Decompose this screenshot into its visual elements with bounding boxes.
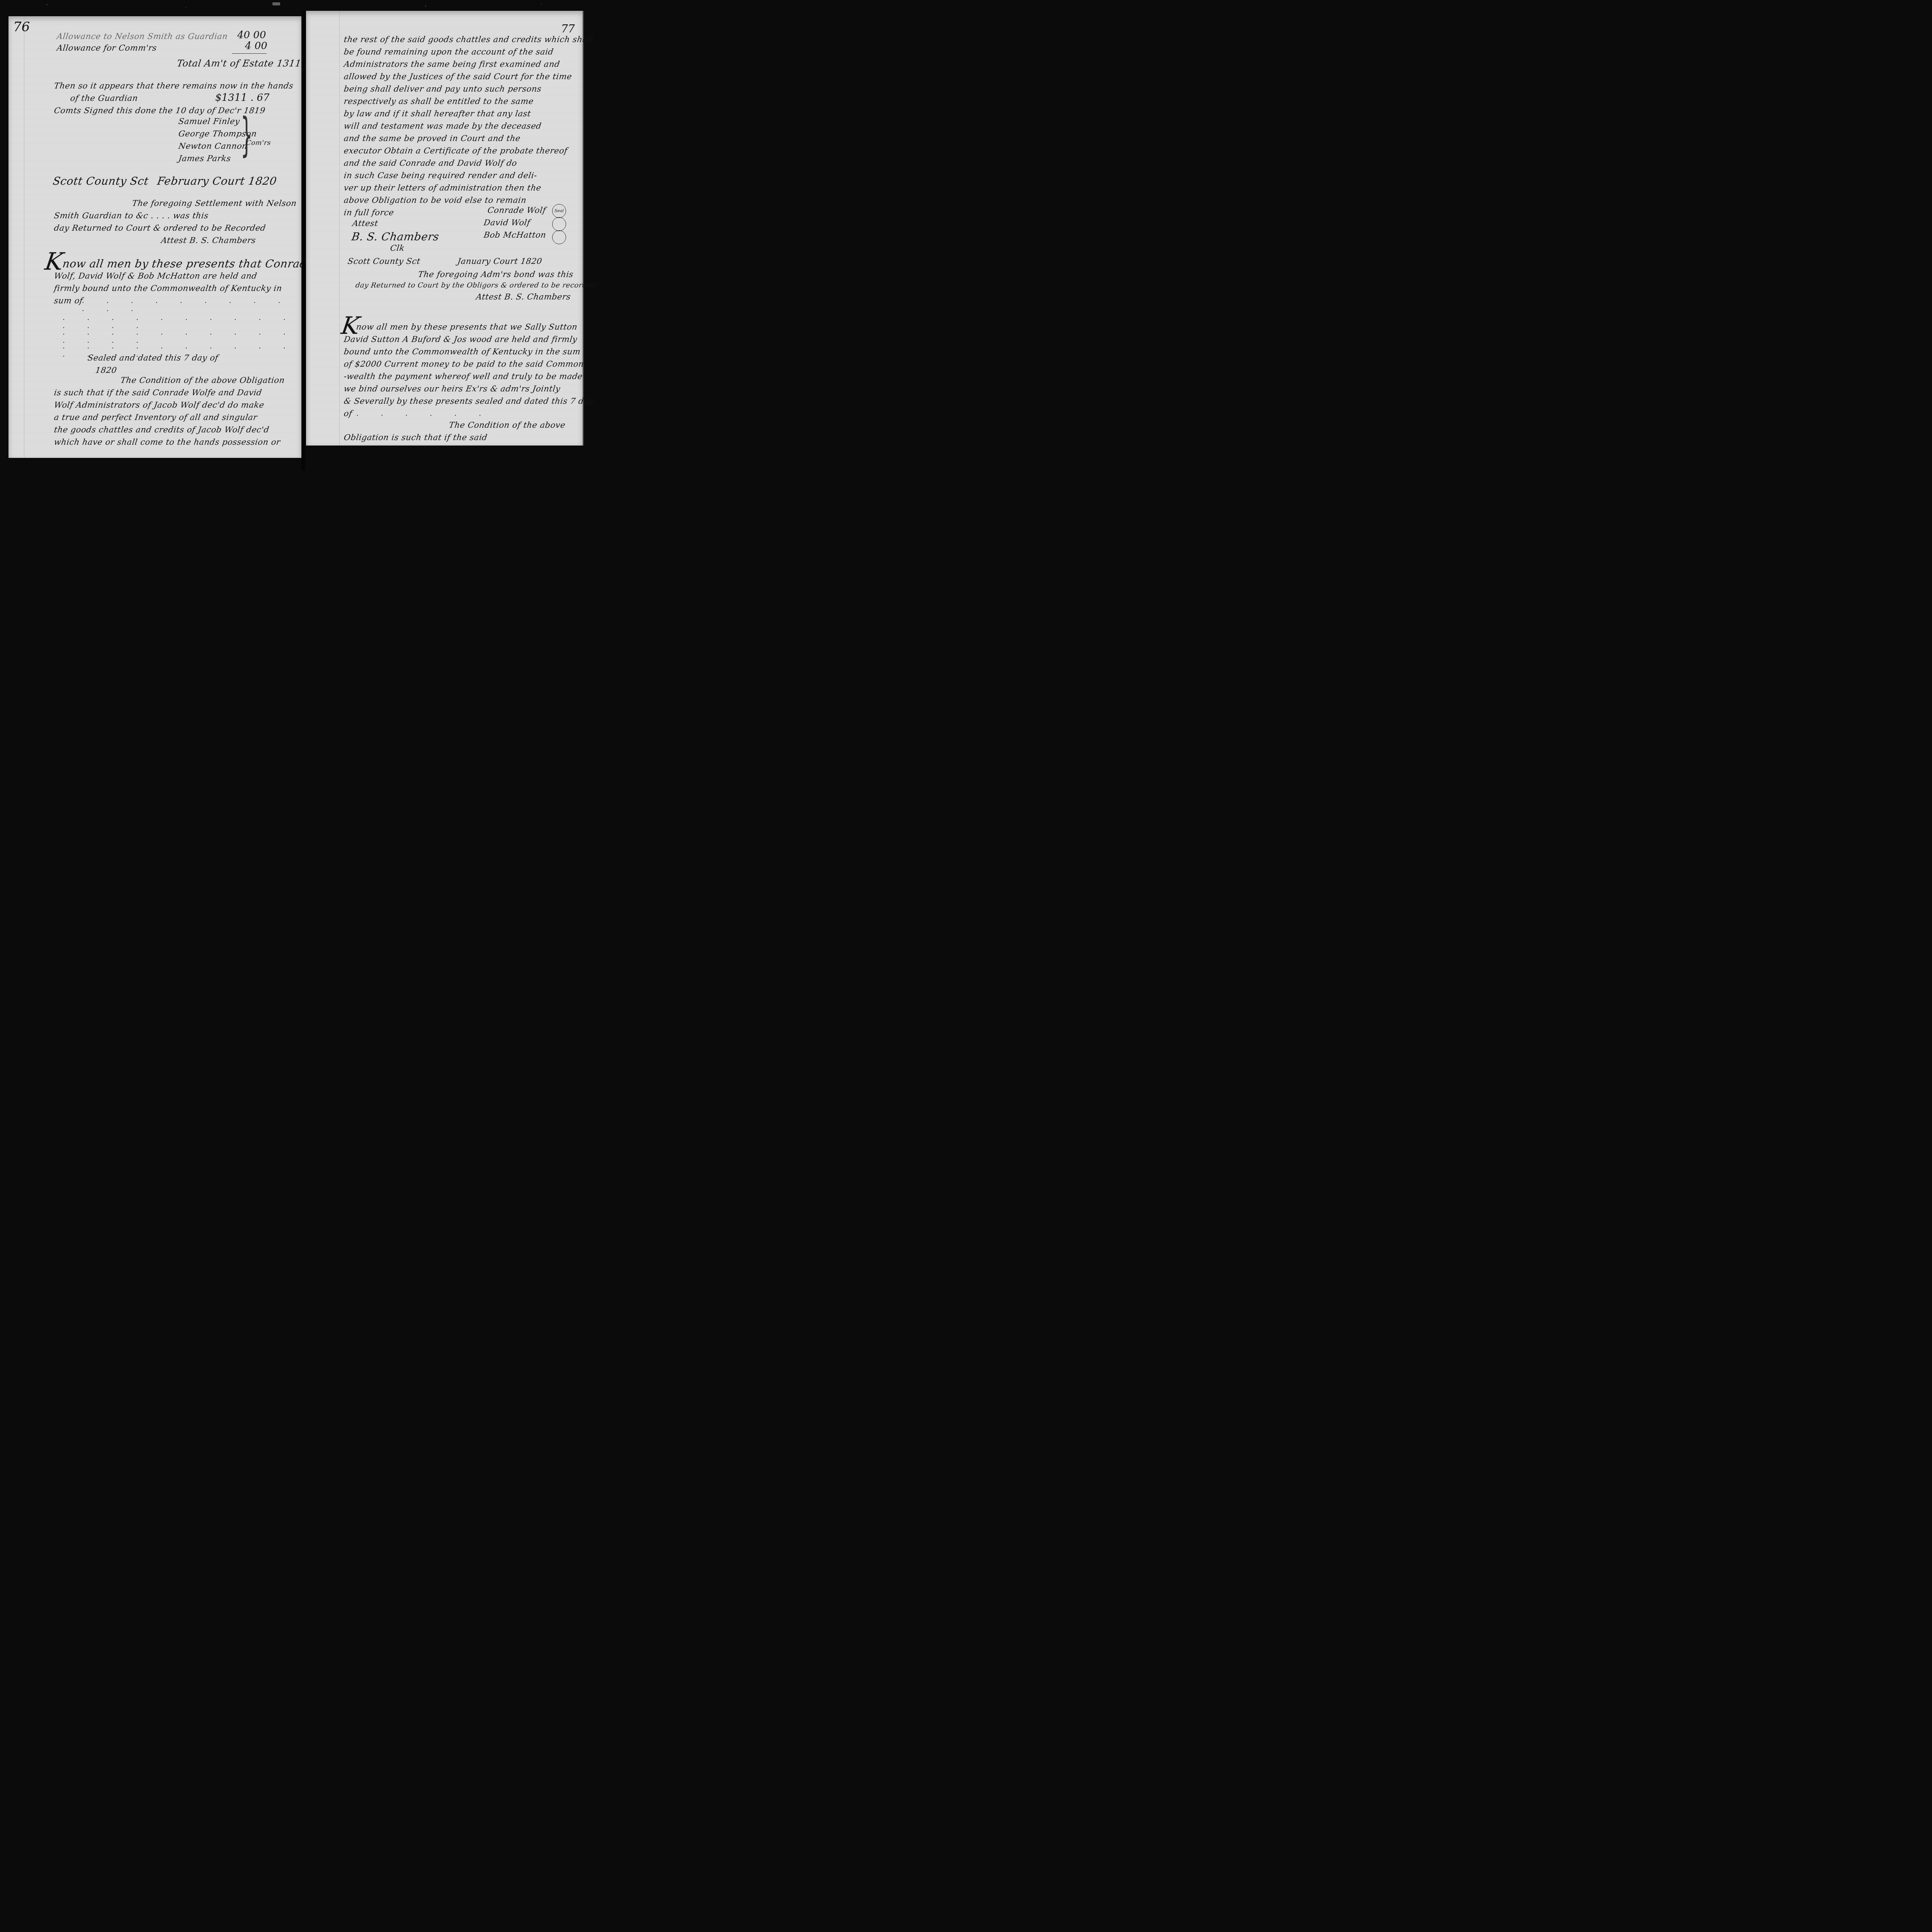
- continuation-text: ver up their letters of administration t…: [343, 183, 542, 192]
- continuation-text: and the said Conrade and David Wolf do: [343, 158, 517, 168]
- attest-title: Clk: [389, 243, 405, 253]
- commissioner-signature: Newton Cannon: [178, 141, 248, 151]
- remains-amount: $1311 . 67: [215, 92, 270, 104]
- blank-dots: . . . . . . . . . . . . . .: [63, 314, 301, 330]
- continuation-text: by law and if it shall hereafter that an…: [343, 109, 531, 118]
- bond-signature: Conrade Wolf: [487, 206, 546, 215]
- condition-text: Wolf Administrators of Jacob Wolf dec'd …: [53, 400, 265, 410]
- bond-signature: David Wolf: [483, 218, 531, 227]
- condition-text: The Condition of the above: [448, 420, 566, 430]
- condition-text: a true and perfect Inventory of all and …: [53, 413, 258, 422]
- blank-dots: . . . . . .: [356, 410, 491, 418]
- continuation-text: executor Obtain a Certificate of the pro…: [343, 146, 568, 155]
- sum-rule: [232, 53, 267, 54]
- blank-dots: . . . . . . . . . . . .: [82, 297, 301, 313]
- book-spine: [301, 11, 305, 471]
- dust-speck: [272, 2, 280, 5]
- continuation-text: the rest of the said goods chattles and …: [343, 35, 594, 44]
- return-text: day Returned to Court by the Obligors & …: [355, 281, 597, 289]
- settlement-text: Smith Guardian to &c . . . . was this: [53, 211, 209, 220]
- court-county: Scott County Sct: [52, 175, 150, 187]
- bond-text: of $2000 Current money to be paid to the…: [343, 359, 587, 369]
- signed-line: Comts Signed this done the 10 day of Dec…: [53, 106, 266, 115]
- bond-text: we bind ourselves our heirs Ex'rs & adm'…: [343, 384, 561, 393]
- court-term: January Court 1820: [457, 257, 543, 266]
- court-term: February Court 1820: [156, 175, 278, 187]
- commissioner-signature: James Parks: [178, 154, 231, 163]
- settlement-text: day Returned to Court & ordered to be Re…: [53, 223, 266, 233]
- condition-text: Obligation is such that if the said: [343, 433, 488, 442]
- seal-mark: Seal: [552, 204, 566, 218]
- bond-text: bound unto the Commonwealth of Kentucky …: [343, 347, 581, 356]
- brace: }: [241, 112, 253, 158]
- condition-text: is such that if the said Conrade Wolfe a…: [53, 388, 262, 397]
- page-number: 76: [13, 19, 30, 35]
- continuation-text: be found remaining upon the account of t…: [343, 47, 554, 56]
- continuation-text: and the same be proved in Court and the: [343, 134, 521, 143]
- left-page: 76 Allowance to Nelson Smith as Guardian…: [9, 16, 301, 458]
- condition-text: the goods chattles and credits of Jacob …: [53, 425, 270, 434]
- dust-speck: [185, 7, 186, 8]
- attest-name: B. S. Chambers: [351, 230, 440, 243]
- continuation-text: in full force: [343, 208, 395, 217]
- continuation-text: in such Case being required render and d…: [343, 171, 537, 180]
- allowance-label: Allowance to Nelson Smith as Guardian: [56, 32, 228, 41]
- bond-text: David Sutton A Buford & Jos wood are hel…: [343, 335, 578, 344]
- attest-label: Attest: [352, 219, 379, 228]
- return-attest: Attest B. S. Chambers: [475, 292, 571, 301]
- allowance-amount: 4 00: [245, 40, 267, 52]
- bond-text: now all men by these presents that Conra…: [62, 257, 315, 270]
- court-county: Scott County Sct: [347, 257, 421, 266]
- seal-mark: [552, 217, 566, 231]
- settlement-text: The foregoing Settlement with Nelson: [131, 199, 297, 208]
- margin-rule: [339, 11, 340, 446]
- sealed-year: 1820: [95, 366, 117, 375]
- seal-mark: [552, 230, 566, 244]
- sealed-line: Sealed and dated this 7 day of: [87, 353, 219, 362]
- condition-text: The Condition of the above Obligation: [120, 376, 285, 385]
- bond-text: & Severally by these presents sealed and…: [343, 396, 594, 406]
- condition-text: which have or shall come to the hands po…: [53, 437, 281, 447]
- bond-text: Wolf, David Wolf & Bob McHatton are held…: [53, 271, 258, 281]
- page-number: 77: [561, 22, 575, 35]
- dust-speck: [541, 3, 542, 4]
- bond-signature: Bob McHatton: [483, 230, 547, 240]
- margin-rule: [24, 16, 24, 458]
- remains-text: of the Guardian: [70, 94, 138, 103]
- continuation-text: allowed by the Justices of the said Cour…: [343, 72, 572, 81]
- continuation-text: respectively as shall be entitled to the…: [343, 97, 534, 106]
- return-text: The foregoing Adm'rs bond was this: [417, 270, 574, 279]
- bond-text: firmly bound unto the Commonwealth of Ke…: [53, 284, 282, 293]
- commissioner-signature: Samuel Finley: [178, 117, 240, 126]
- continuation-text: Administrators the same being first exam…: [343, 60, 560, 69]
- bond-text: of: [343, 409, 353, 418]
- bond-text: now all men by these presents that we Sa…: [355, 322, 578, 332]
- right-page: 77 the rest of the said goods chattles a…: [306, 11, 584, 446]
- continuation-text: will and testament was made by the decea…: [343, 121, 542, 131]
- continuation-text: above Obligation to be void else to rema…: [343, 196, 527, 205]
- bond-text: sum of: [53, 296, 83, 305]
- bond-text: -wealth the payment whereof well and tru…: [343, 372, 583, 381]
- dust-speck: [425, 5, 426, 7]
- continuation-text: being shall deliver and pay unto such pe…: [343, 84, 542, 94]
- allowance-label: Allowance for Comm'rs: [56, 43, 157, 53]
- attest-line: Attest B. S. Chambers: [160, 236, 256, 245]
- remains-text: Then so it appears that there remains no…: [53, 81, 294, 90]
- commissioners-label: Com'rs: [246, 139, 272, 147]
- allowance-amount: 40 00: [237, 29, 266, 41]
- dust-speck: [46, 4, 48, 5]
